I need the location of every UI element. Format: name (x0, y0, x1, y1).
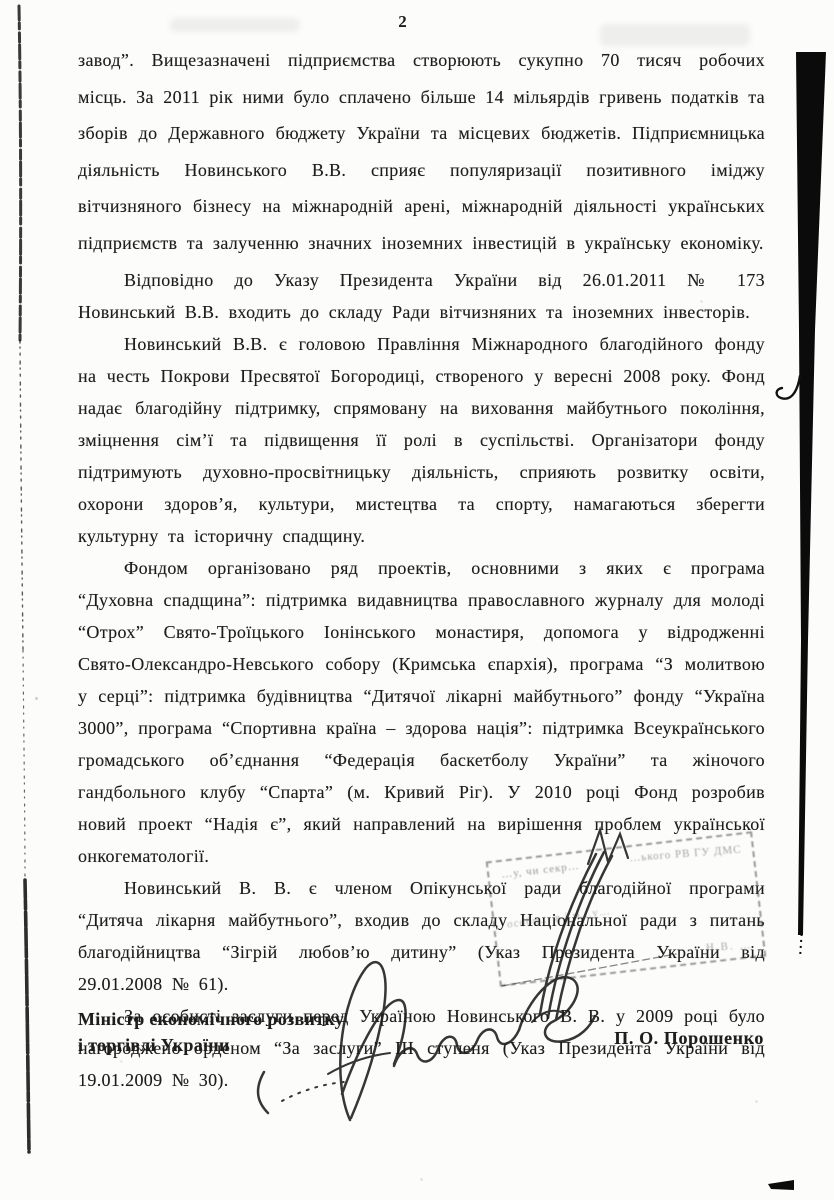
scan-speck (140, 540, 143, 543)
body-paragraph: Фондом організовано ряд проектів, основн… (78, 552, 765, 872)
signer-title: Міністр економічного розвитку і торгівлі… (78, 1006, 344, 1058)
scan-speck (755, 1100, 758, 1103)
scan-artifact-hook (777, 376, 800, 399)
scan-speck (35, 697, 38, 700)
scan-speck (700, 300, 703, 303)
scan-speck (420, 1178, 423, 1181)
scan-speck (120, 1060, 123, 1063)
page-number: 2 (0, 12, 806, 32)
body-paragraph: Новинський В. В. є членом Опікунської ра… (78, 872, 765, 1000)
body-paragraph: завод”. Вищезазначені підприємства створ… (78, 42, 765, 261)
scanned-document-page: 2 завод”. Вищезазначені підприємства ств… (0, 0, 834, 1200)
scan-artifact-left-line (19, 6, 29, 1152)
signer-title-line2: і торгівлі України (78, 1032, 344, 1058)
scan-artifact-bottom-dash (768, 1180, 794, 1190)
scan-artifact-right-band (796, 52, 826, 935)
signer-name: П. О. Порошенко (614, 1028, 764, 1049)
signer-title-line1: Міністр економічного розвитку (78, 1006, 344, 1032)
body-paragraph: Новинський В.В. є головою Правління Міжн… (78, 328, 765, 552)
document-body: завод”. Вищезазначені підприємства створ… (78, 42, 765, 1096)
body-paragraph: Відповідно до Указу Президента України в… (78, 264, 765, 328)
